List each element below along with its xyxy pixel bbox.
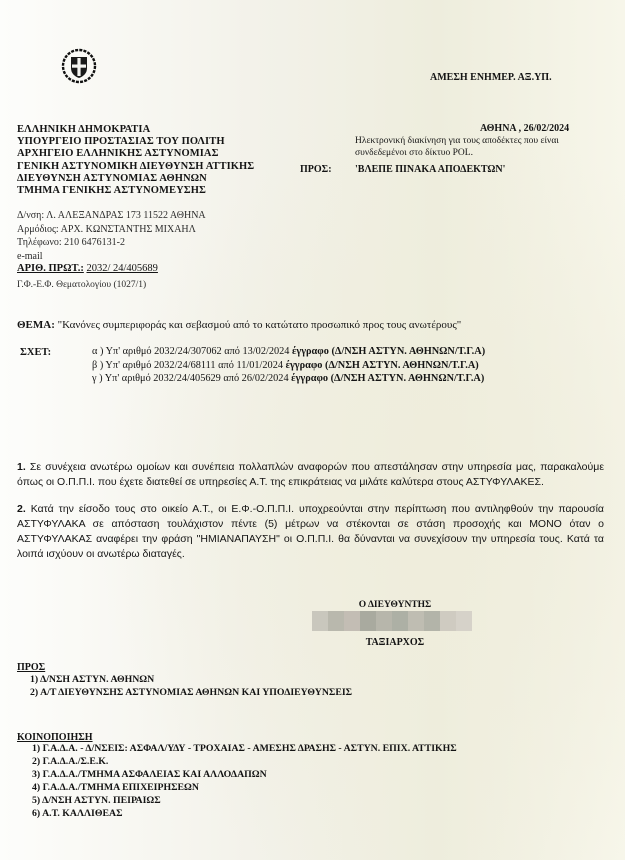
recipient-item: 1) Δ/ΝΣΗ ΑΣΤΥΝ. ΑΘΗΝΩΝ: [30, 673, 352, 686]
references-list: α ) Υπ' αριθμό 2032/24/307062 από 13/02/…: [92, 345, 492, 386]
reference-lead: β ) Υπ' αριθμό 2032/24/68111 από 11/01/2…: [92, 360, 283, 371]
reference-item: α ) Υπ' αριθμό 2032/24/307062 από 13/02/…: [92, 345, 492, 359]
cc-item: 4) Γ.Α.Δ.Α./ΤΜΗΜΑ ΕΠΙΧΕΙΡΗΣΕΩΝ: [32, 781, 457, 794]
org-line: ΤΜΗΜΑ ΓΕΝΙΚΗΣ ΑΣΤΥΝΟΜΕΥΣΗΣ: [17, 185, 254, 197]
reference-lead: γ ) Υπ' αριθμό 2032/24/405629 από 26/02/…: [92, 373, 289, 384]
cc-item: 1) Γ.Α.Δ.Α. - Δ/ΝΣΕΙΣ: ΑΣΦΑΛ/ΥΔΥ - ΤΡΟΧΑ…: [32, 742, 457, 755]
protocol-number: ΑΡΙΘ. ΠΡΩΤ.: 2032/ 24/405689: [17, 263, 158, 274]
paragraph-number: 2.: [17, 503, 26, 515]
cc-item: 6) Α.Τ. ΚΑΛΛΙΘΕΑΣ: [32, 807, 457, 820]
phone: Τηλέφωνο: 210 6476131-2: [17, 236, 206, 250]
responsible-officer: Αρμόδιος: ΑΡΧ. ΚΩΝΣΤΑΝΤΗΣ ΜΙΧΑΗΛ: [17, 223, 206, 237]
signatory-rank: ΤΑΞΙΑΡΧΟΣ: [330, 637, 460, 648]
place-date: ΑΘΗΝΑ , 26/02/2024: [480, 123, 569, 134]
cc-list: 1) Γ.Α.Δ.Α. - Δ/ΝΣΕΙΣ: ΑΣΦΑΛ/ΥΔΥ - ΤΡΟΧΑ…: [32, 742, 457, 820]
file-code: Γ.Φ.-Ε.Φ. Θεματολογίου (1027/1): [17, 280, 146, 290]
recipients-list: 1) Δ/ΝΣΗ ΑΣΤΥΝ. ΑΘΗΝΩΝ 2) Α/Τ ΔΙΕΥΘΥΝΣΗΣ…: [30, 673, 352, 699]
org-line: ΕΛΛΗΝΙΚΗ ΔΗΜΟΚΡΑΤΙΑ: [17, 124, 254, 136]
paragraph-2: 2. Κατά την είσοδο τους στο οικείο Α.Τ.,…: [17, 502, 604, 562]
email-label: e-mail: [17, 250, 206, 264]
distribution-note: Ηλεκτρονική διακίνηση για τους αποδέκτες…: [355, 135, 595, 159]
org-line: ΥΠΟΥΡΓΕΙΟ ΠΡΟΣΤΑΣΙΑΣ ΤΟΥ ΠΟΛΙΤΗ: [17, 136, 254, 148]
greek-coat-of-arms-icon: [61, 48, 97, 84]
cc-item: 3) Γ.Α.Δ.Α./ΤΜΗΜΑ ΑΣΦΑΛΕΙΑΣ ΚΑΙ ΑΛΛΟΔΑΠΩ…: [32, 768, 457, 781]
protocol-label: ΑΡΙΘ. ΠΡΩΤ.:: [17, 263, 84, 274]
reference-tail: έγγραφο (Δ/ΝΣΗ ΑΣΤΥΝ. ΑΘΗΝΩΝ/Τ.Γ.Α): [291, 373, 484, 384]
reference-item: γ ) Υπ' αριθμό 2032/24/405629 από 26/02/…: [92, 372, 492, 386]
urgency-marker: ΑΜΕΣΗ ΕΝΗΜΕΡ. ΑΞ.ΥΠ.: [430, 72, 552, 83]
to-label: ΠΡΟΣ:: [300, 164, 332, 175]
signatory-title: Ο ΔΙΕΥΘΥΝΤΗΣ: [345, 600, 445, 610]
subject-text: "Κανόνες συμπεριφοράς και σεβασμού από τ…: [58, 319, 462, 331]
protocol-value: 2032/ 24/405689: [86, 263, 157, 274]
recipients-label: ΠΡΟΣ: [17, 662, 45, 673]
reference-lead: α ) Υπ' αριθμό 2032/24/307062 από 13/02/…: [92, 346, 289, 357]
subject-label: ΘΕΜΑ:: [17, 319, 55, 331]
redacted-name: [312, 611, 472, 631]
org-line: ΑΡΧΗΓΕΙΟ ΕΛΛΗΝΙΚΗΣ ΑΣΤΥΝΟΜΙΑΣ: [17, 148, 254, 160]
references-label: ΣΧΕΤ:: [20, 347, 51, 358]
org-line: ΔΙΕΥΘΥΝΣΗ ΑΣΤΥΝΟΜΙΑΣ ΑΘΗΝΩΝ: [17, 173, 254, 185]
issuing-authority: ΕΛΛΗΝΙΚΗ ΔΗΜΟΚΡΑΤΙΑ ΥΠΟΥΡΓΕΙΟ ΠΡΟΣΤΑΣΙΑΣ…: [17, 124, 254, 197]
reference-tail: έγγραφο (Δ/ΝΣΗ ΑΣΤΥΝ. ΑΘΗΝΩΝ/Τ.Γ.Α): [292, 346, 485, 357]
to-value: 'ΒΛΕΠΕ ΠΙΝΑΚΑ ΑΠΟΔΕΚΤΩΝ': [355, 164, 505, 175]
recipient-item: 2) Α/Τ ΔΙΕΥΘΥΝΣΗΣ ΑΣΤΥΝΟΜΙΑΣ ΑΘΗΝΩΝ ΚΑΙ …: [30, 686, 352, 699]
cc-item: 5) Δ/ΝΣΗ ΑΣΤΥΝ. ΠΕΙΡΑΙΩΣ: [32, 794, 457, 807]
org-line: ΓΕΝΙΚΗ ΑΣΤΥΝΟΜΙΚΗ ΔΙΕΥΘΥΝΣΗ ΑΤΤΙΚΗΣ: [17, 161, 254, 173]
document-body: 1. Σε συνέχεια ανωτέρω ομοίων και συνέπε…: [17, 460, 604, 574]
paragraph-text: Σε συνέχεια ανωτέρω ομοίων και συνέπεια …: [17, 461, 604, 488]
paragraph-number: 1.: [17, 461, 26, 473]
paragraph-1: 1. Σε συνέχεια ανωτέρω ομοίων και συνέπε…: [17, 460, 604, 490]
contact-block: Δ/νση: Λ. ΑΛΕΞΑΝΔΡΑΣ 173 11522 ΑΘΗΝΑ Αρμ…: [17, 209, 206, 263]
reference-item: β ) Υπ' αριθμό 2032/24/68111 από 11/01/2…: [92, 359, 492, 373]
paragraph-text: Κατά την είσοδο τους στο οικείο Α.Τ., οι…: [17, 503, 604, 560]
address: Δ/νση: Λ. ΑΛΕΞΑΝΔΡΑΣ 173 11522 ΑΘΗΝΑ: [17, 209, 206, 223]
cc-item: 2) Γ.Α.Δ.Α./Σ.Ε.Κ.: [32, 755, 457, 768]
subject-line: ΘΕΜΑ: "Κανόνες συμπεριφοράς και σεβασμού…: [17, 319, 461, 331]
reference-tail: έγγραφο (Δ/ΝΣΗ ΑΣΤΥΝ. ΑΘΗΝΩΝ/Τ.Γ.Α): [286, 360, 479, 371]
